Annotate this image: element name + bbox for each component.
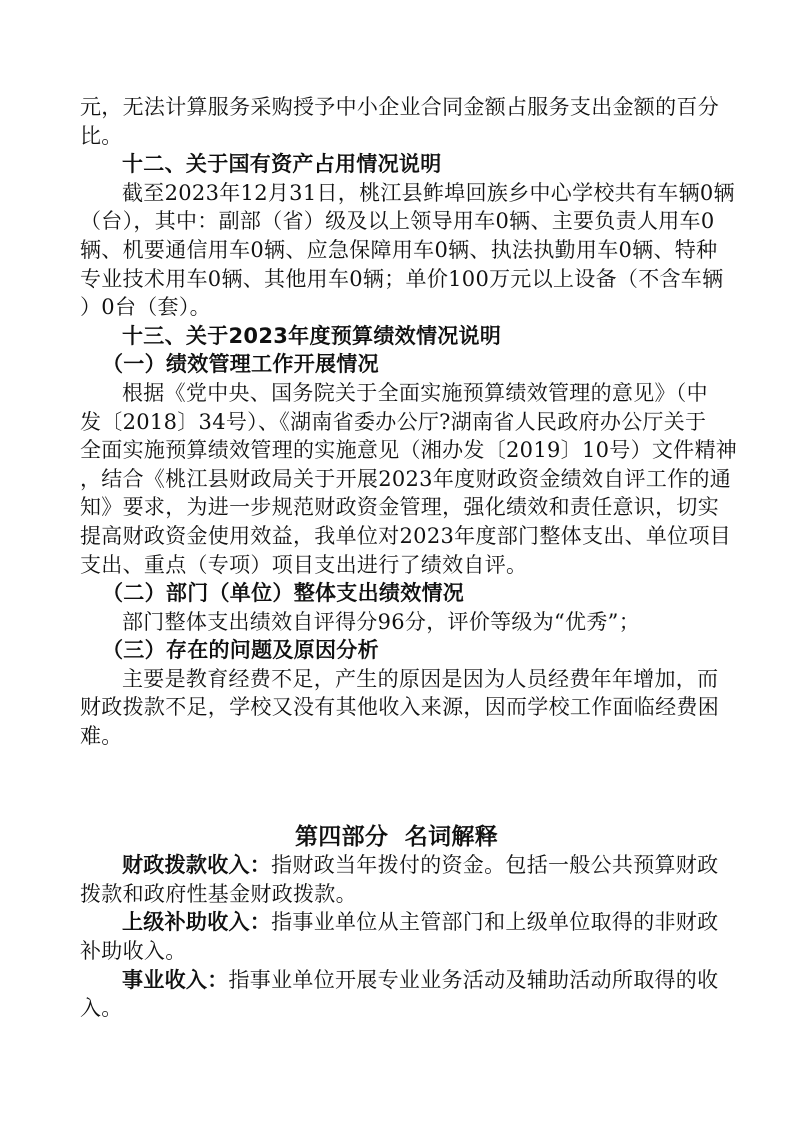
paragraph-line: 支出、重点（专项）项目支出进行了绩效自评。 [80, 551, 713, 580]
paragraph-line: 补助收入。 [80, 937, 713, 966]
term-label: 上级补助收入： [122, 910, 271, 934]
section-gap [80, 751, 713, 823]
paragraph-line: 比。 [80, 122, 713, 151]
paragraph-line: ，结合《桃江县财政局关于开展2023年度财政资金绩效自评工作的通 [80, 465, 713, 494]
paragraph-line: ）0台（套）。 [80, 293, 713, 322]
paragraph-line: 发〔2018〕34号）、《湖南省委办公厅?湖南省人民政府办公厅关于 [80, 408, 713, 437]
subsection-2-heading: （二）部门（单位）整体支出绩效情况 [80, 579, 713, 608]
paragraph-line: 全面实施预算绩效管理的实施意见（湘办发〔2019〕10号）文件精神 [80, 436, 713, 465]
paragraph-line: 截至2023年12月31日，桃江县鲊埠回族乡中心学校共有车辆0辆 [80, 179, 713, 208]
paragraph-line: 主要是教育经费不足，产生的原因是因为人员经费年年增加，而 [80, 665, 713, 694]
subsection-1-heading: （一）绩效管理工作开展情况 [80, 350, 713, 379]
paragraph-line: 根据《党中央、国务院关于全面实施预算绩效管理的意见》（中 [80, 379, 713, 408]
paragraph-line: 提高财政资金使用效益，我单位对2023年度部门整体支出、单位项目 [80, 522, 713, 551]
paragraph-line: 元，无法计算服务采购授予中小企业合同金额占服务支出金额的百分 [80, 93, 713, 122]
paragraph-line: 难。 [80, 722, 713, 751]
term-label: 事业收入： [122, 968, 229, 992]
term-text: 指财政当年拨付的资金。包括一般公共预算财政 [271, 853, 718, 877]
term-label: 财政拨款收入： [122, 853, 271, 877]
term-definition: 事业收入：指事业单位开展专业业务活动及辅助活动所取得的收 [80, 966, 713, 995]
term-text: 指事业单位从主管部门和上级单位取得的非财政 [271, 910, 718, 934]
subsection-3-heading: （三）存在的问题及原因分析 [80, 636, 713, 665]
section-13-heading: 十三、关于2023年度预算绩效情况说明 [80, 322, 713, 351]
paragraph-line: 拨款和政府性基金财政拨款。 [80, 880, 713, 909]
paragraph-line: 入。 [80, 994, 713, 1023]
section-12-heading: 十二、关于国有资产占用情况说明 [80, 150, 713, 179]
paragraph-line: 辆、机要通信用车0辆、应急保障用车0辆、执法执勤用车0辆、特种 [80, 236, 713, 265]
term-text: 指事业单位开展专业业务活动及辅助活动所取得的收 [229, 968, 719, 992]
document-page: 元，无法计算服务采购授予中小企业合同金额占服务支出金额的百分 比。 十二、关于国… [80, 93, 713, 1023]
part-4-title: 第四部分 名词解释 [80, 823, 713, 852]
paragraph-line: 部门整体支出绩效自评得分96分，评价等级为“优秀”； [80, 608, 713, 637]
paragraph-line: 专业技术用车0辆、其他用车0辆；单价100万元以上设备（不含车辆 [80, 265, 713, 294]
term-definition: 上级补助收入：指事业单位从主管部门和上级单位取得的非财政 [80, 908, 713, 937]
paragraph-line: （台），其中：副部（省）级及以上领导用车0辆、主要负责人用车0 [80, 207, 713, 236]
term-definition: 财政拨款收入：指财政当年拨付的资金。包括一般公共预算财政 [80, 851, 713, 880]
paragraph-line: 财政拨款不足，学校又没有其他收入来源，因而学校工作面临经费困 [80, 693, 713, 722]
paragraph-line: 知》要求，为进一步规范财政资金管理，强化绩效和责任意识，切实 [80, 493, 713, 522]
